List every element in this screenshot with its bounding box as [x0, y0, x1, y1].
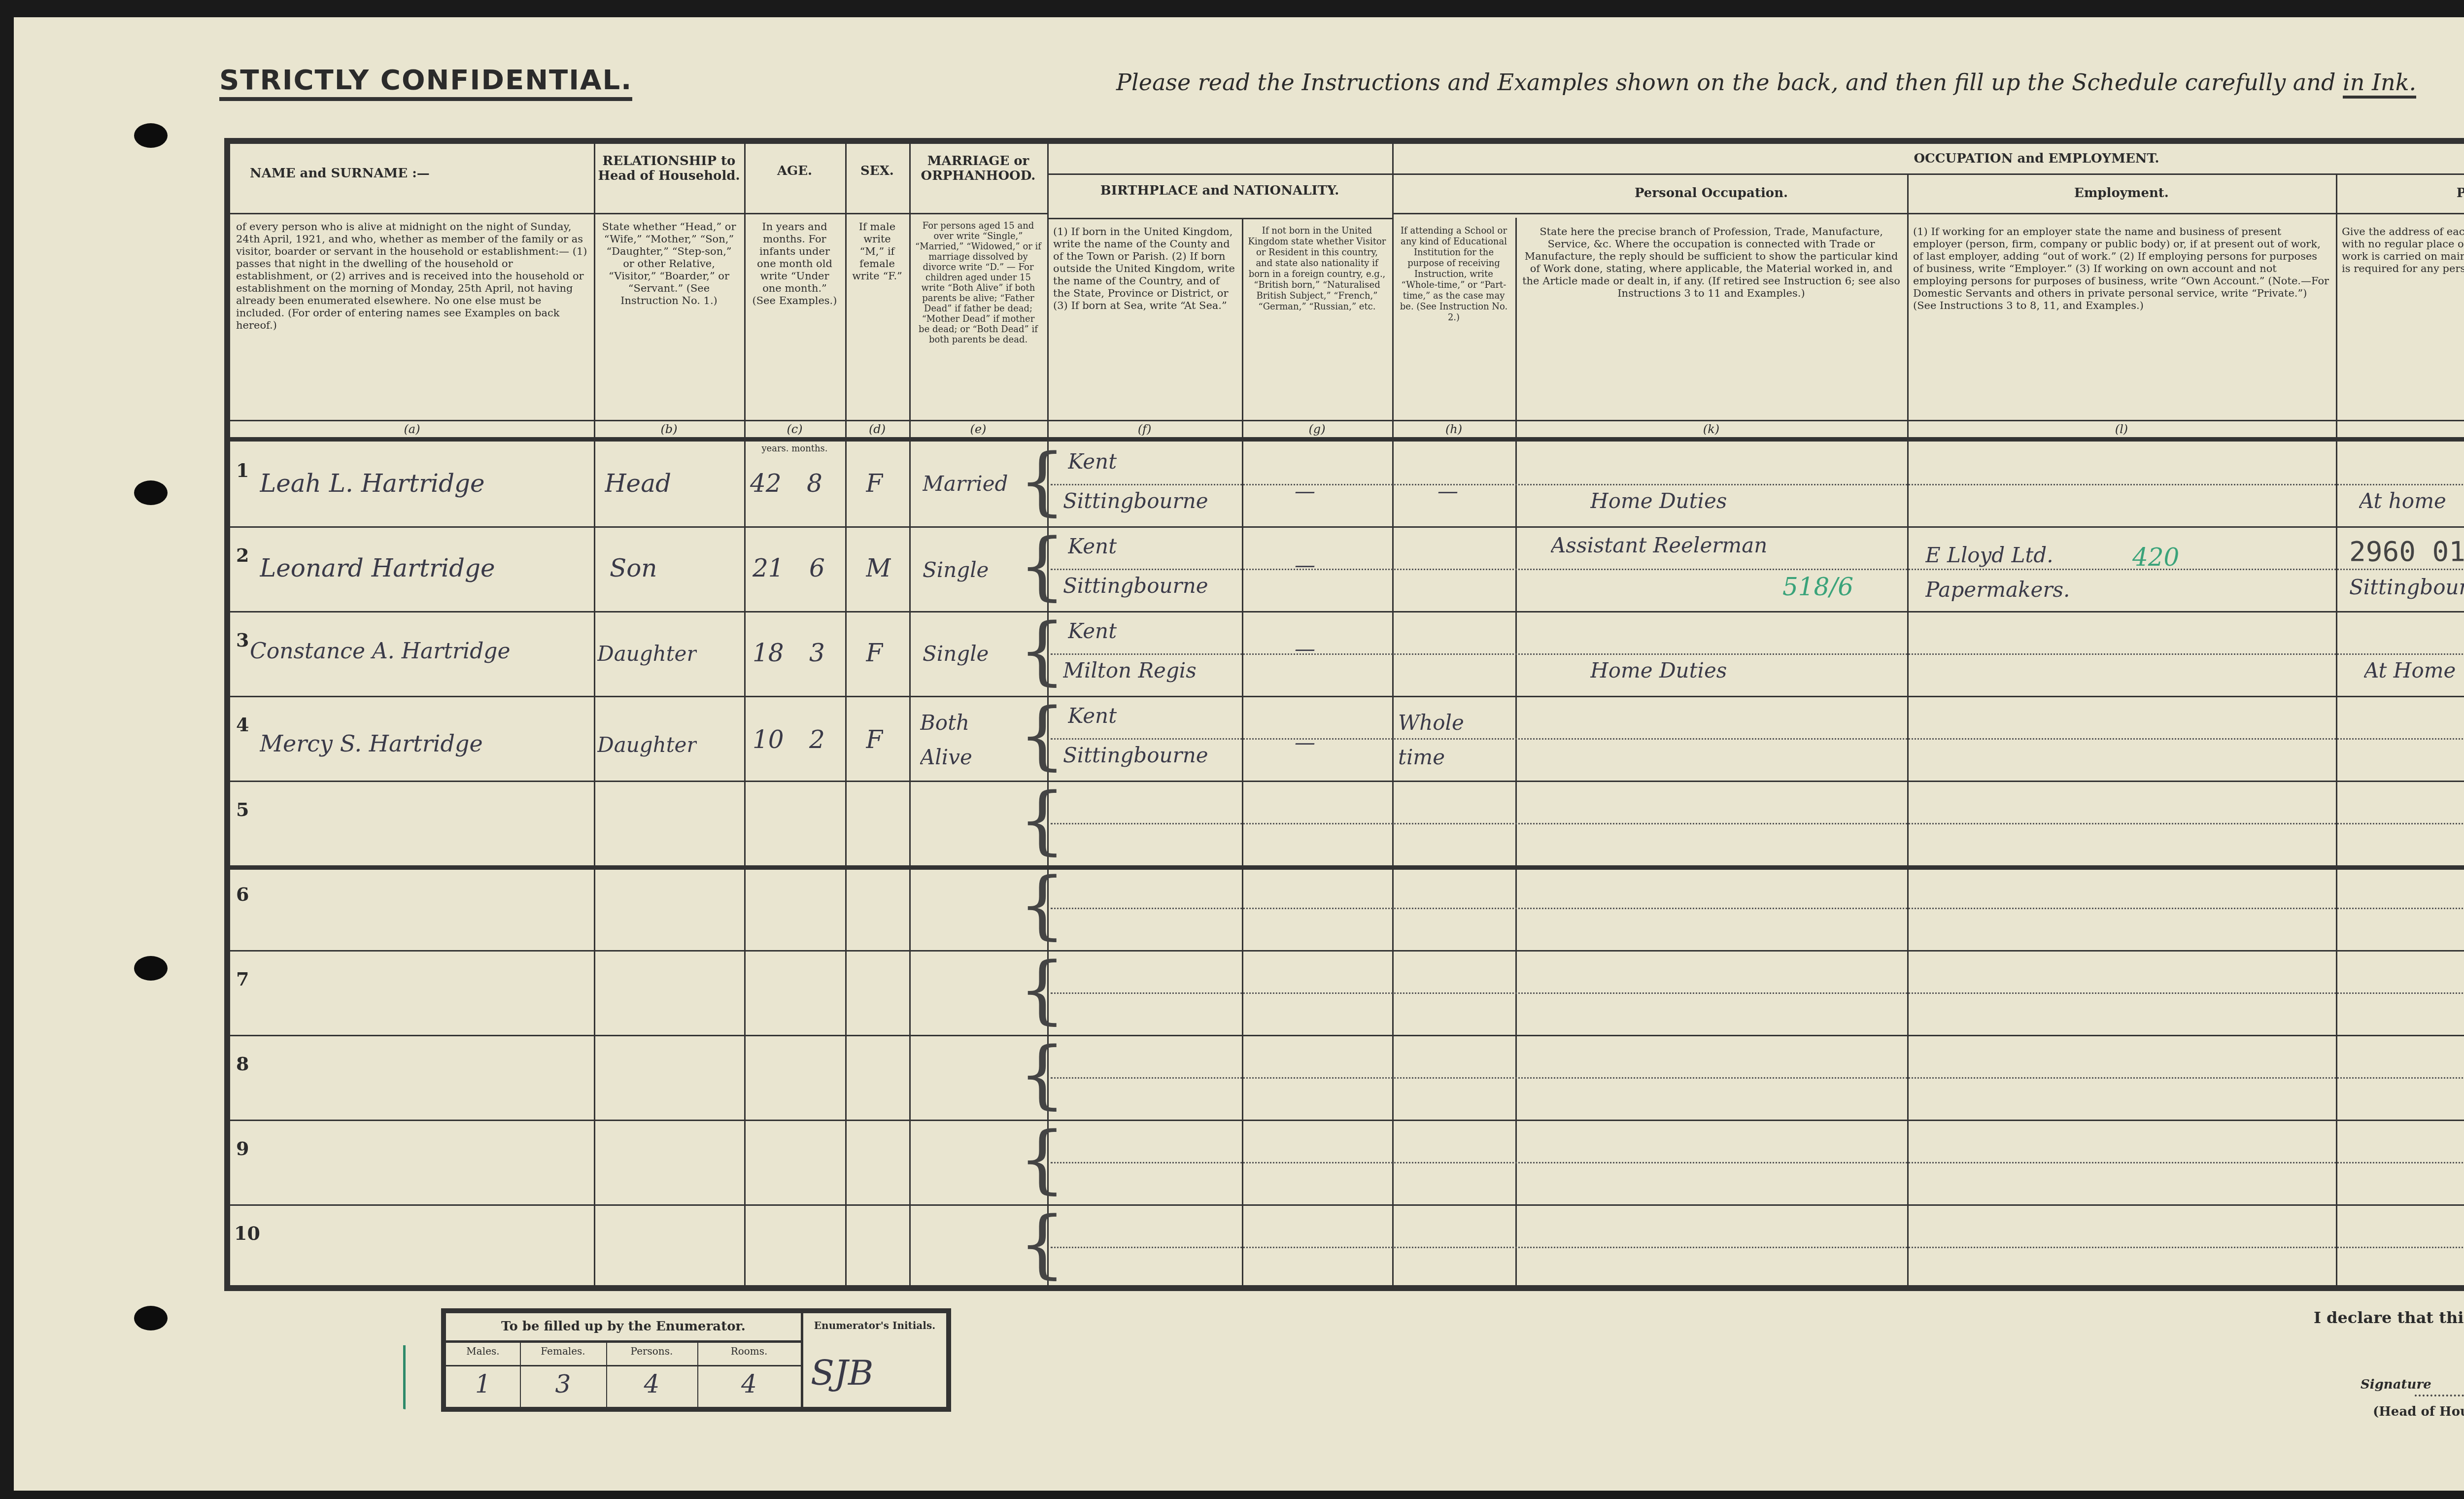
birth-town-field[interactable]: Sittingbourne [1063, 489, 1208, 513]
education-field[interactable]: Whole time [1398, 706, 1472, 775]
name-field[interactable]: Mercy S. Hartridge [260, 730, 483, 757]
name-field[interactable]: Leah L. Hartridge [260, 469, 485, 498]
occupation-field[interactable]: Home Duties [1590, 658, 1727, 682]
occupation-code: 518/6 [1782, 573, 1853, 601]
persons-count[interactable]: 4 [606, 1370, 697, 1398]
rooms-count[interactable]: 4 [697, 1370, 801, 1398]
relationship-field[interactable]: Head [605, 469, 671, 498]
place-of-work-field[interactable]: At home [2359, 489, 2446, 513]
females-count[interactable]: 3 [520, 1370, 606, 1398]
age-months-field[interactable]: 3 [809, 639, 825, 667]
age-years-field[interactable]: 18 [753, 639, 784, 667]
place-of-work-code: 2960 01 [2349, 536, 2464, 568]
relationship-field[interactable]: Daughter [597, 733, 697, 757]
place-of-work-field[interactable]: Sittingbourne [2349, 575, 2464, 599]
page-title: STRICTLY CONFIDENTIAL. [219, 64, 632, 101]
sex-field[interactable]: F [866, 469, 883, 498]
punch-hole [134, 956, 168, 981]
age-years-field[interactable]: 21 [753, 554, 784, 582]
birth-county-field[interactable]: Kent [1068, 534, 1117, 558]
age-months-field[interactable]: 6 [809, 554, 825, 582]
birth-county-field[interactable]: Kent [1068, 619, 1117, 643]
declaration-text: I declare that this Schedule is correctl… [2314, 1308, 2464, 1327]
household-table: NAME and SURNAME :— RELATIONSHIP to Head… [224, 138, 2464, 1291]
signature-line [2415, 1395, 2464, 1397]
education-field[interactable]: — [1437, 479, 1458, 503]
sex-field[interactable]: F [866, 639, 883, 667]
marriage-field[interactable]: Single [923, 642, 989, 666]
marriage-field[interactable]: Both Alive [920, 706, 1019, 775]
age-months-field[interactable]: 2 [809, 725, 825, 754]
age-years-field[interactable]: 42 [750, 469, 782, 498]
fill-instructions: Please read the Instructions and Example… [1116, 69, 2416, 96]
birth-county-field[interactable]: Kent [1068, 704, 1117, 728]
birth-town-field[interactable]: Milton Regis [1063, 658, 1197, 682]
punch-hole [134, 123, 168, 148]
birth-town-field[interactable]: Sittingbourne [1063, 743, 1208, 767]
punch-hole [134, 480, 168, 505]
relationship-field[interactable]: Daughter [597, 642, 697, 666]
green-tick-mark [399, 1345, 406, 1409]
name-field[interactable]: Constance A. Hartridge [250, 639, 511, 664]
nationality-field[interactable]: — [1295, 479, 1315, 503]
age-months-field[interactable]: 8 [807, 469, 822, 498]
name-field[interactable]: Leonard Hartridge [260, 554, 495, 582]
occupation-field[interactable]: Assistant Reelerman [1551, 533, 1767, 557]
sex-field[interactable]: M [866, 554, 891, 582]
marriage-field[interactable]: Single [923, 558, 989, 582]
nationality-field[interactable]: — [1295, 637, 1315, 661]
enumerator-initials[interactable]: SJB [811, 1353, 873, 1393]
males-count[interactable]: 1 [446, 1370, 520, 1398]
age-years-field[interactable]: 10 [753, 725, 784, 754]
employment-field[interactable]: E Lloyd Ltd. Papermakers. [1925, 538, 2122, 607]
sex-field[interactable]: F [866, 725, 883, 754]
marriage-field[interactable]: Married [923, 472, 1008, 496]
nationality-field[interactable]: — [1295, 553, 1315, 577]
occupation-field[interactable]: Home Duties [1590, 489, 1727, 513]
birth-county-field[interactable]: Kent [1068, 449, 1117, 474]
relationship-field[interactable]: Son [610, 554, 657, 582]
birth-town-field[interactable]: Sittingbourne [1063, 574, 1208, 598]
enumerator-box: To be filled up by the Enumerator. Enume… [441, 1308, 951, 1412]
nationality-field[interactable]: — [1295, 730, 1315, 754]
place-of-work-field[interactable]: At Home [2364, 658, 2456, 682]
punch-hole [134, 1306, 168, 1330]
employment-code: 420 [2132, 543, 2179, 572]
